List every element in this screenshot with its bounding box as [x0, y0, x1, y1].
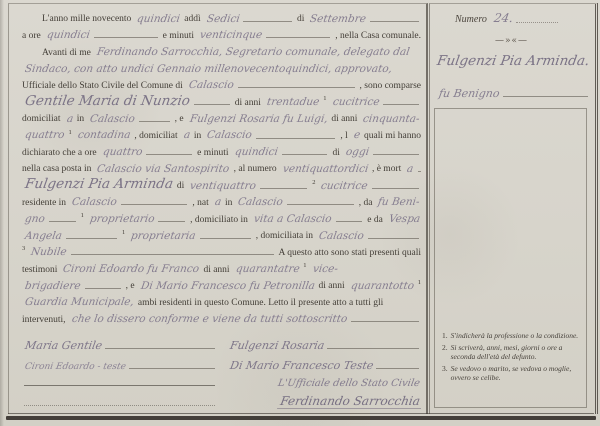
printed-text: , nat [192, 198, 208, 208]
printed-text: , l [340, 131, 347, 141]
act-lines: L'anno mille novecentoquindiciaddìSedici… [22, 8, 421, 325]
footnote-number: 3. [442, 364, 448, 383]
signature-cell: Fulgenzi Rosaria [227, 339, 422, 352]
blank-line [85, 287, 121, 289]
blank-line [105, 347, 215, 349]
handwritten-entry: quattro [22, 130, 67, 141]
handwritten-entry: Calascio [87, 114, 138, 125]
handwritten-entry: quattro [100, 147, 145, 158]
handwritten-entry: quindici [134, 14, 183, 25]
blank-line [256, 137, 335, 139]
handwritten-entry: Sedici [204, 14, 242, 25]
handwritten-entry: brigadiere [22, 281, 83, 292]
handwritten-entry: cucitrice [318, 181, 370, 192]
margin-patronymic: fu Benigno [436, 88, 590, 100]
signature-declarant-1: Maria Gentile [22, 339, 105, 352]
handwritten-entry: quindici [44, 30, 93, 41]
blank-line [71, 253, 274, 255]
handwritten-entry: Di Mario Francesco fu Petronilla [138, 281, 318, 292]
printed-text: , e [175, 114, 184, 124]
document-sheet: L'anno mille novecentoquindiciaddìSedici… [0, 0, 600, 426]
handwritten-entry: venticinque [197, 30, 265, 41]
printed-text: , e [126, 281, 135, 291]
official-title: L'Ufficiale dello Stato Civile [275, 378, 421, 389]
handwritten-entry: Calascio [316, 231, 367, 242]
scan-edge-shadow [0, 0, 4, 426]
signature-cell: Maria Gentile [22, 339, 217, 352]
printed-text: testimoni [22, 265, 57, 275]
handwritten-entry: vice- [310, 264, 341, 275]
handwritten-entry: proprietario [87, 214, 157, 225]
handwritten-entry: Ferdinando Sarrocchia, Segretario comuna… [94, 47, 412, 58]
footnote-ref: 2 [312, 179, 315, 186]
handwritten-entry: Gentile Maria di Nunzio [22, 94, 193, 108]
printed-text: , nella Casa comunale. [335, 31, 421, 41]
printed-text: di [332, 148, 339, 158]
blank-line [368, 237, 419, 239]
blank-line [238, 86, 355, 88]
blank-line [66, 237, 117, 239]
handwritten-entry: Vespa [386, 214, 421, 225]
footnote-text: Se vedovo o marito, se vedova o moglie, … [451, 364, 581, 383]
handwritten-entry: che lo dissero conforme e viene da tutti… [69, 314, 350, 325]
printed-text: in [225, 198, 232, 208]
footnote-number: 1. [442, 331, 448, 341]
blank-line [121, 203, 187, 205]
footnote-ref: 1 [81, 212, 84, 219]
blank-line [383, 103, 419, 105]
printed-text: , domiciliata in [256, 231, 313, 241]
act-line: Fulgenzi Pia Armindadiventiquattro2cucit… [22, 175, 421, 192]
handwritten-entry: a [181, 130, 193, 141]
dotted-line [516, 22, 558, 23]
printed-text: di [177, 181, 184, 191]
signature-declarant-2: Fulgenzi Rosaria [227, 339, 327, 352]
official-signature: Ferdinando Sarrocchia [277, 394, 421, 409]
margin-patronymic-text: fu Benigno [436, 88, 502, 100]
blank-line [327, 347, 419, 349]
handwritten-entry: ventiquattordici [280, 164, 371, 175]
handwritten-entry: a [404, 164, 416, 175]
handwritten-entry: Fulgenzi Pia Arminda [22, 177, 176, 191]
blank-line [260, 187, 307, 189]
handwritten-entry: Angela [22, 231, 65, 242]
act-line: 3NubileA questo atto sono stati presenti… [22, 242, 421, 259]
signature-witness-2: Di Mario Francesco Teste [227, 359, 377, 372]
blank-line [266, 36, 330, 38]
handwritten-entry: Nubile [28, 247, 69, 258]
printed-text: di anni [319, 281, 345, 291]
act-line: gno1proprietario, domiciliato invita a C… [22, 208, 421, 225]
signature-cell: Ferdinando Sarrocchia [227, 394, 422, 409]
footnote-number: 2. [442, 343, 448, 362]
blank-line [158, 220, 185, 222]
handwritten-entry: Sindaco, con atto undici Gennaio milleno… [22, 64, 395, 75]
handwritten-entry: cinquanta- [360, 114, 421, 125]
handwritten-entry: oggi [343, 147, 372, 158]
record-number: Numero 24. [455, 12, 558, 25]
printed-text: addì [184, 14, 200, 24]
blank-line [200, 237, 251, 239]
act-line: Avanti di meFerdinando Sarrocchia, Segre… [22, 41, 421, 58]
handwritten-entry: Calascio [186, 80, 237, 91]
act-line: dichiarato che a orequattroe minutiquind… [22, 142, 421, 159]
printed-text: , al numero [234, 164, 277, 174]
blank-line [287, 203, 353, 205]
handwritten-entry: trentadue [264, 97, 322, 108]
blank-line [139, 120, 170, 122]
act-line: Ufficiale dello Stato Civile del Comune … [22, 75, 421, 92]
record-number-value: 24. [491, 12, 516, 25]
handwritten-entry: quarantatre [233, 264, 302, 275]
blank-line [129, 367, 215, 369]
signature-witness-1: Cironi Edoardo - teste [22, 362, 129, 372]
printed-text: di anni [331, 114, 357, 124]
handwritten-entry: ventiquattro [187, 181, 259, 192]
printed-text: , è mort [372, 164, 401, 174]
act-line: nella casa posta inCalascio via Santospi… [22, 158, 421, 175]
handwritten-entry: Calascio [69, 197, 120, 208]
blank-line [24, 404, 215, 406]
act-line: intervenuti,che lo dissero conforme e vi… [22, 308, 421, 325]
blank-line [146, 153, 192, 155]
printed-text: in [194, 131, 201, 141]
printed-text: a ore [22, 31, 41, 41]
printed-text: residente in [22, 198, 66, 208]
signature-row: Ferdinando Sarrocchia [22, 389, 421, 409]
blank-line [336, 220, 363, 222]
printed-text: , domiciliat [134, 131, 177, 141]
act-line: quattro1contadina, domiciliatainCalascio… [22, 125, 421, 142]
handwritten-entry: Fulgenzi Rosaria fu Luigi, [187, 114, 330, 125]
handwritten-entry: proprietaria [128, 231, 198, 242]
act-line: Gentile Maria di Nunziodi annitrentadue1… [22, 91, 421, 108]
printed-text: domiciliat [22, 114, 61, 124]
handwritten-entry: Settembre [307, 14, 369, 25]
printed-text: quali mi hanno [364, 131, 421, 141]
printed-text: ambi residenti in questo Comune. Letto i… [138, 298, 383, 308]
act-line: a orequindicie minutiventicinque, nella … [22, 25, 421, 42]
blank-line [418, 170, 421, 172]
act-line: Guardia Municipale,ambi residenti in que… [22, 292, 421, 309]
footnote-text: S'indicherà la professione o la condizio… [451, 331, 579, 341]
act-line: brigadiere, eDi Mario Francesco fu Petro… [22, 275, 421, 292]
printed-text: e minuti [197, 148, 228, 158]
handwritten-entry: a [212, 197, 224, 208]
bottom-heavy-rule [6, 416, 596, 420]
printed-text: L'anno mille novecento [42, 14, 131, 24]
footnote-text: Si scriverà, anni, mesi, giorni o ore a … [451, 343, 581, 362]
footnote-ref: 1 [323, 95, 326, 102]
printed-text: e minuti [163, 31, 194, 41]
handwritten-entry: a [64, 114, 76, 125]
footnote-ref: 1 [303, 262, 306, 269]
handwritten-entry: quindici [232, 147, 281, 158]
blank-line [370, 20, 419, 22]
act-line: Angela1proprietaria, domiciliata inCalas… [22, 225, 421, 242]
footnote-ref: 1 [418, 279, 421, 286]
ornament-divider: —»«— [429, 36, 594, 46]
bottom-thin-rule [8, 413, 594, 414]
footnotes: 1. S'indicherà la professione o la condi… [442, 331, 581, 385]
blank-line [376, 367, 419, 369]
blank-line [373, 153, 419, 155]
act-line: testimoniCironi Edoardo fu Francodi anni… [22, 258, 421, 275]
printed-text: , sono comparse [360, 81, 421, 91]
blank-line [24, 384, 215, 386]
printed-text: , domiciliato in [190, 215, 248, 225]
blank-line [503, 95, 588, 97]
signature-row: Cironi Edoardo - teste Di Mario Francesc… [22, 352, 421, 372]
printed-text: intervenuti, [22, 315, 66, 325]
signature-cell: Di Mario Francesco Teste [227, 359, 422, 372]
blank-line [351, 320, 419, 322]
handwritten-entry: Calascio [235, 197, 286, 208]
record-number-label: Numero [455, 14, 487, 25]
signature-cell: Cironi Edoardo - teste [22, 362, 217, 372]
handwritten-entry: Calascio [204, 130, 255, 141]
handwritten-entry: Guardia Municipale, [22, 297, 137, 308]
printed-text: , da [359, 198, 373, 208]
signature-row: L'Ufficiale dello Stato Civile [22, 372, 421, 389]
signature-cell [22, 404, 217, 409]
margin-note-box: 1. S'indicherà la professione o la condi… [434, 108, 587, 408]
printed-text: di anni [203, 265, 229, 275]
printed-text: A questo atto sono stati presenti quali [279, 248, 421, 258]
printed-text: dichiarato che a ore [22, 148, 97, 158]
footnote-1: 1. S'indicherà la professione o la condi… [442, 331, 581, 341]
printed-text: Ufficiale dello Stato Civile del Comune … [22, 81, 183, 91]
handwritten-entry: fu Beni- [375, 197, 421, 208]
printed-text: di anni [235, 98, 261, 108]
margin-deceased-name: Fulgenzi Pia Arminda. [434, 54, 598, 68]
footnote-ref: 3 [22, 245, 25, 252]
handwritten-entry: contadina [75, 130, 133, 141]
handwritten-entry: quarantotto [348, 281, 417, 292]
handwritten-entry: Cironi Edoardo fu Franco [60, 264, 202, 275]
printed-text: nella casa posta in [22, 164, 91, 174]
signature-cell [22, 384, 217, 389]
act-line: residente inCalascio, natainCalascio, da… [22, 192, 421, 209]
signature-row: Maria Gentile Fulgenzi Rosaria [22, 332, 421, 352]
blank-line [49, 220, 76, 222]
handwritten-entry: gno [22, 214, 48, 225]
printed-text: di [297, 14, 304, 24]
signature-block: Maria Gentile Fulgenzi Rosaria Cironi Ed… [22, 332, 421, 409]
blank-line [282, 153, 328, 155]
act-line: L'anno mille novecentoquindiciaddìSedici… [22, 8, 421, 25]
blank-line [372, 187, 419, 189]
footnote-2: 2. Si scriverà, anni, mesi, giorni o ore… [442, 343, 581, 362]
blank-line [194, 103, 230, 105]
printed-text: in [77, 114, 84, 124]
handwritten-entry: cucitrice [330, 97, 382, 108]
blank-line [243, 20, 292, 22]
handwritten-entry: e [351, 130, 363, 141]
printed-text: Avanti di me [42, 48, 91, 58]
printed-text: e da [367, 215, 383, 225]
act-line: domiciliatainCalascio, eFulgenzi Rosaria… [22, 108, 421, 125]
handwritten-entry: Calascio via Santospirito [94, 164, 232, 175]
signature-cell: L'Ufficiale dello Stato Civile [227, 378, 422, 389]
footnote-3: 3. Se vedovo o marito, se vedova o mogli… [442, 364, 581, 383]
blank-line [94, 36, 158, 38]
act-line: Sindaco, con atto undici Gennaio milleno… [22, 58, 421, 75]
handwritten-entry: vita a Calascio [251, 214, 334, 225]
footnote-ref: 1 [122, 229, 125, 236]
footnote-ref: 1 [69, 129, 72, 136]
